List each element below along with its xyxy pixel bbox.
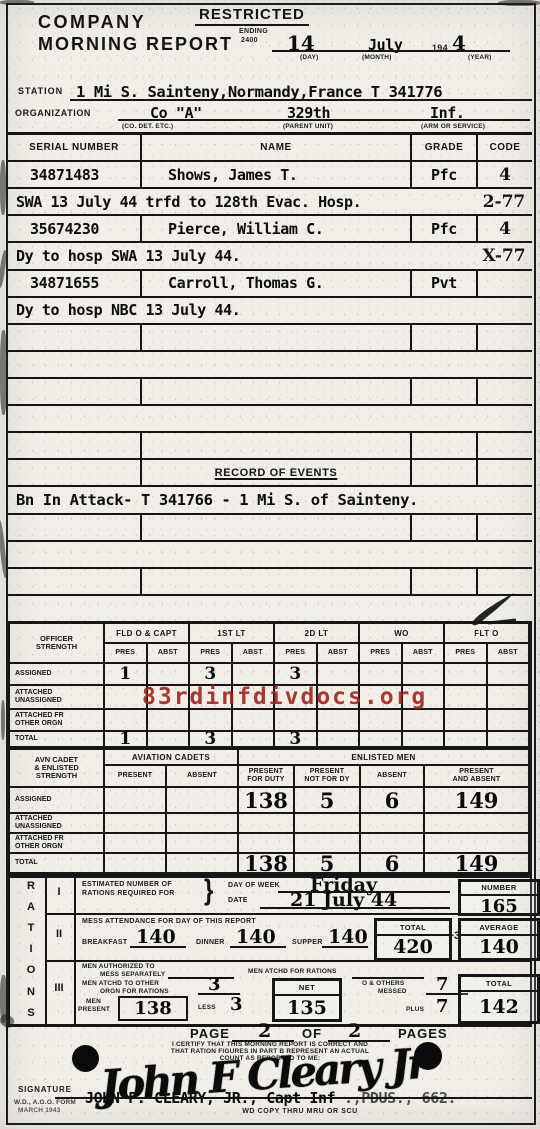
rations-letter-divider [45,878,47,1024]
section-numeral-3: III [46,982,72,994]
roster-empty-row [8,325,532,352]
enlisted-value [167,788,239,814]
officer-group-header: 2D LT [275,624,360,644]
dinner-label: DINNER [196,939,225,946]
less-value: 3 [230,994,243,1015]
scan-artifact [0,250,8,288]
officer-value [148,664,191,686]
breakfast-underline [130,946,186,948]
enlisted-strength-table: AVN CADET & ENLISTED STRENGTHAVIATION CA… [8,748,532,876]
breakfast-label: BREAKFAST [82,939,127,946]
roster-empty-row [8,433,532,460]
remark-text: Dy to hosp NBC 13 July 44. [8,301,240,319]
enlisted-strength-label: AVN CADET & ENLISTED STRENGTH [10,750,105,788]
officer-subheader: ABST [148,644,191,664]
roster-remark-row: Dy to hosp SWA 13 July 44. X-77 [8,243,532,270]
officer-value [445,664,488,686]
scan-artifact [0,520,8,578]
enlisted-row-label: ATTACHED FR OTHER ORGN [10,834,105,854]
officer-value [148,710,191,732]
mess-total-value: 420 [377,936,449,958]
roster-remark-row: Dy to hosp NBC 13 July 44. [8,298,532,325]
ending-label-line1: ENDING [239,28,268,35]
others-messed-label2: MESSED [378,988,407,995]
officer-value [360,710,403,732]
enlisted-value [167,814,239,834]
roster-empty-row [8,596,532,623]
officer-subheader: PRES [190,644,233,664]
officer-subheader: ABST [403,644,446,664]
record-of-events-entry: Bn In Attack- T 341766 - 1 Mi S. of Sain… [8,491,418,509]
enlisted-value [239,814,295,834]
others-messed-value: 7 [436,974,449,995]
officer-group-header: FLD O & CAPT [105,624,190,644]
typed-signature-suffix: .,PDUS., 662. [344,1089,456,1107]
roster-empty-row [8,542,532,569]
section-numeral-2: II [46,928,72,940]
enlisted-value: 138 [239,788,295,814]
scan-artifact [0,0,34,5]
mess-separately-label1: MEN AUTHORIZED TO [82,963,155,970]
scan-artifact [0,330,7,415]
officer-group-header: WO [360,624,445,644]
record-of-events-title: RECORD OF EVENTS [215,467,338,479]
number-box-value: 165 [461,896,537,917]
officer-value [445,710,488,732]
enlisted-value: 5 [295,788,361,814]
enlisted-subheader: PRESENT NOT FOR DY [295,766,361,788]
dinner-underline [230,946,286,948]
officer-value [318,710,361,732]
officer-value [318,664,361,686]
officer-value [403,664,446,686]
enlisted-subheader: ABSENT [167,766,239,788]
remark-text: SWA 13 July 44 trfd to 128th Evac. Hosp. [8,193,361,211]
typed-signature-name: JOHN F. CLEARY, JR., Capt Inf [85,1089,335,1107]
rations-numeral-divider [74,878,76,1024]
mess-total-box: TOTAL 420 [374,918,452,961]
routing-note: WD COPY THRU MRU OR SCU [180,1108,420,1115]
enlisted-value: 6 [361,854,425,874]
officer-row-label: ATTACHED FR OTHER ORGN [10,710,105,732]
officer-subheader: ABST [318,644,361,664]
rations-letter: A [20,901,42,913]
enlisted-value: 5 [295,854,361,874]
enlisted-value [425,814,530,834]
form-title-line1: COMPANY [38,12,146,33]
supper-underline [322,946,368,948]
officer-value [445,732,488,748]
day-caption: (DAY) [300,54,318,61]
enlisted-subheader: PRESENT [105,766,167,788]
roster-entry-row: 35674230 Pierce, William C. Pfc 4 [8,216,532,243]
code-value: 4 [476,162,532,187]
soldier-name: Pierce, William C. [140,216,410,241]
rations-date-underline [260,907,450,909]
classification-stamp: RESTRICTED [195,6,309,26]
enlisted-value: 149 [425,788,530,814]
page-label: PAGE [190,1026,230,1041]
of-label: OF [302,1026,322,1041]
grade-value: Pfc [410,162,476,187]
atchd-other-value: 3 [208,974,221,995]
col-name: NAME [140,135,410,160]
officer-value: 1 [105,664,148,686]
page-total: 2 [348,1020,361,1042]
remark-text: Dy to hosp SWA 13 July 44. [8,247,240,265]
mess-total-label: TOTAL [377,921,449,936]
rations-letter: N [20,986,42,998]
org-parent-caption: (PARENT UNIT) [283,123,333,130]
col-serial-number: SERIAL NUMBER [8,135,140,160]
serial-number: 34871655 [8,271,140,296]
form-title-line2: MORNING REPORT [38,34,233,55]
enlisted-value [105,834,167,854]
rations-total-label: TOTAL [461,977,537,992]
mess-attendance-label: MESS ATTENDANCE FOR DAY OF THIS REPORT [82,918,256,925]
roster-entry-row: 34871655 Carroll, Thomas G. Pvt [8,271,532,298]
officer-value: 3 [275,664,318,686]
officer-subheader: ABST [233,644,276,664]
scan-artifact [1,700,5,740]
remark-code: X-77 [476,246,532,266]
officer-value [360,732,403,748]
officer-value [233,710,276,732]
enlisted-subheader: PRESENT AND ABSENT [425,766,530,788]
section-numeral-1: I [46,886,72,898]
month-caption: (MONTH) [362,54,392,61]
punch-hole-left [72,1045,99,1072]
estimated-rations-label2: RATIONS REQUIRED FOR [82,890,175,897]
enlisted-value [239,834,295,854]
officer-value [403,732,446,748]
station-underline [70,99,532,101]
officer-group-header: FLT O [445,624,530,644]
record-of-events-header-row: RECORD OF EVENTS [8,460,532,487]
rations-letter: S [20,1007,42,1019]
enlisted-value [295,834,361,854]
rations-total-value: 142 [461,992,537,1021]
officer-strength-label: OFFICER STRENGTH [10,624,105,664]
rations-date-label: DATE [228,897,248,904]
year-caption: (YEAR) [468,54,492,61]
officer-value: 3 [275,732,318,748]
col-code: CODE [476,135,532,160]
officer-value [318,732,361,748]
plus-label: PLUS [406,1006,424,1013]
mess-separately-label2: MESS SEPARATELY [100,971,165,978]
rations-total-box: TOTAL 142 [458,974,540,1024]
enlisted-men-group-header: ENLISTED MEN [239,750,530,766]
roster-empty-row [8,352,532,379]
others-messed-label1: O & OTHERS [362,980,404,987]
roster-empty-row [8,515,532,542]
enlisted-value: 149 [425,854,530,874]
enlisted-value: 6 [361,788,425,814]
aviation-cadets-group-header: AVIATION CADETS [105,750,239,766]
roster-entry-row: 34871483 Shows, James T. Pfc 4 [8,162,532,189]
net-value: 135 [275,996,339,1019]
day-of-week-label: DAY OF WEEK [228,882,280,889]
atchd-other-label1: MEN ATCHD TO OTHER [82,980,159,987]
rations-section: R A T I O N S I II III ESTIMATED NUMBER … [8,876,532,1027]
form-id-line1: W.D., A.G.O. FORM [14,1099,76,1106]
roster-empty-row [8,406,532,433]
officer-value [190,710,233,732]
soldier-name: Shows, James T. [140,162,410,187]
soldier-name: Carroll, Thomas G. [140,271,410,296]
officer-subheader: PRES [445,644,488,664]
org-unit-caption: (CO. DET. ETC.) [122,123,173,130]
enlisted-value [361,834,425,854]
officer-value [445,686,488,710]
rations-letter: T [20,922,42,934]
day-underline [272,50,360,52]
officer-value [360,664,403,686]
officer-value [488,710,531,732]
mess-average-value: 140 [461,936,537,958]
officer-value [488,732,531,748]
officer-value: 1 [105,732,148,748]
atchd-for-rations-underline [352,977,424,979]
plus-value: 7 [436,996,449,1017]
serial-number: 35674230 [8,216,140,241]
officer-subheader: PRES [275,644,318,664]
officer-row-label: ASSIGNED [10,664,105,686]
rations-letter: R [20,880,42,892]
officer-value: 3 [190,732,233,748]
rations-letter: I [20,943,42,955]
enlisted-row-label: ATTACHED UNASSIGNED [10,814,105,834]
dinner-value: 140 [236,926,276,948]
org-unit-underline [118,119,265,121]
officer-value [488,686,531,710]
officer-subheader: PRES [105,644,148,664]
org-arm-caption: (ARM OR SERVICE) [421,123,485,130]
roster-header-row: SERIAL NUMBER NAME GRADE CODE [8,135,532,162]
archive-watermark: 83rdinfdivdocs.org [142,684,427,710]
estimated-rations-label1: ESTIMATED NUMBER OF [82,881,172,888]
officer-value [488,664,531,686]
roster-remark-row: SWA 13 July 44 trfd to 128th Evac. Hosp.… [8,189,532,216]
men-present-value: 138 [134,998,172,1019]
mess-average-label: AVERAGE [461,921,537,936]
morning-report-scan: RESTRICTED COMPANY MORNING REPORT ENDING… [0,0,540,1129]
org-arm-underline [400,119,530,121]
scan-artifact [0,160,6,215]
signature-label: SIGNATURE [18,1085,72,1094]
officer-subheader: ABST [488,644,531,664]
enlisted-value [425,834,530,854]
page-number: 2 [258,1020,271,1042]
organization-label: ORGANIZATION [15,108,91,118]
men-present-box: 138 [118,996,188,1021]
officer-row-label: TOTAL [10,732,105,748]
supper-label: SUPPER [292,939,323,946]
enlisted-value: 138 [239,854,295,874]
rations-number-box: NUMBER 165 [458,879,540,916]
enlisted-value [105,788,167,814]
officer-value [233,664,276,686]
org-parent-underline [265,119,400,121]
net-label: NET [275,981,339,996]
officer-value [233,732,276,748]
mess-separately-underline [168,977,234,979]
officer-value [105,710,148,732]
enlisted-row-label: ASSIGNED [10,788,105,814]
officer-value: 3 [190,664,233,686]
form-id-line2: MARCH 1943 [18,1107,60,1114]
present-label: PRESENT [78,1006,110,1013]
code-value [476,271,532,296]
record-of-events-entry-row: Bn In Attack- T 341766 - 1 Mi S. of Sain… [8,487,532,514]
grade-value: Pvt [410,271,476,296]
rations-letter: O [20,964,42,976]
grade-value: Pfc [410,216,476,241]
officer-row-label: ATTACHED UNASSIGNED [10,686,105,710]
number-box-label: NUMBER [461,882,537,896]
serial-number: 34871483 [8,162,140,187]
atchd-other-label2: ORGN FOR RATIONS [100,988,169,995]
enlisted-row-label: TOTAL [10,854,105,874]
personnel-roster-table: SERIAL NUMBER NAME GRADE CODE 34871483 S… [8,132,532,623]
men-label: MEN [86,998,101,1005]
enlisted-subheader: PRESENT FOR DUTY [239,766,295,788]
year-prefix: 194 [432,43,448,53]
enlisted-value [167,854,239,874]
year-underline [448,50,510,52]
brace-glyph: } [204,874,213,908]
enlisted-value [295,814,361,834]
supper-value: 140 [328,926,368,948]
roster-empty-row [8,569,532,596]
breakfast-value: 140 [136,926,176,948]
remark-code: 2-77 [476,192,532,212]
mess-average-box: AVERAGE 140 [458,918,540,961]
atchd-for-rations-label: MEN ATCHD FOR RATIONS [248,968,337,975]
roster-empty-row [8,379,532,406]
officer-subheader: PRES [360,644,403,664]
officer-value [148,732,191,748]
station-label: STATION [18,86,63,96]
scan-artifact [498,0,540,6]
enlisted-subheader: ABSENT [361,766,425,788]
officer-group-header: 1ST LT [190,624,275,644]
officer-value [403,710,446,732]
ending-label-line2: 2400 [241,37,258,44]
officer-value [275,710,318,732]
enlisted-value [361,814,425,834]
enlisted-value [105,854,167,874]
code-value: 4 [476,216,532,241]
col-grade: GRADE [410,135,476,160]
enlisted-value [167,834,239,854]
less-label: LESS [198,1004,216,1011]
net-box: NET 135 [272,978,342,1022]
enlisted-value [105,814,167,834]
